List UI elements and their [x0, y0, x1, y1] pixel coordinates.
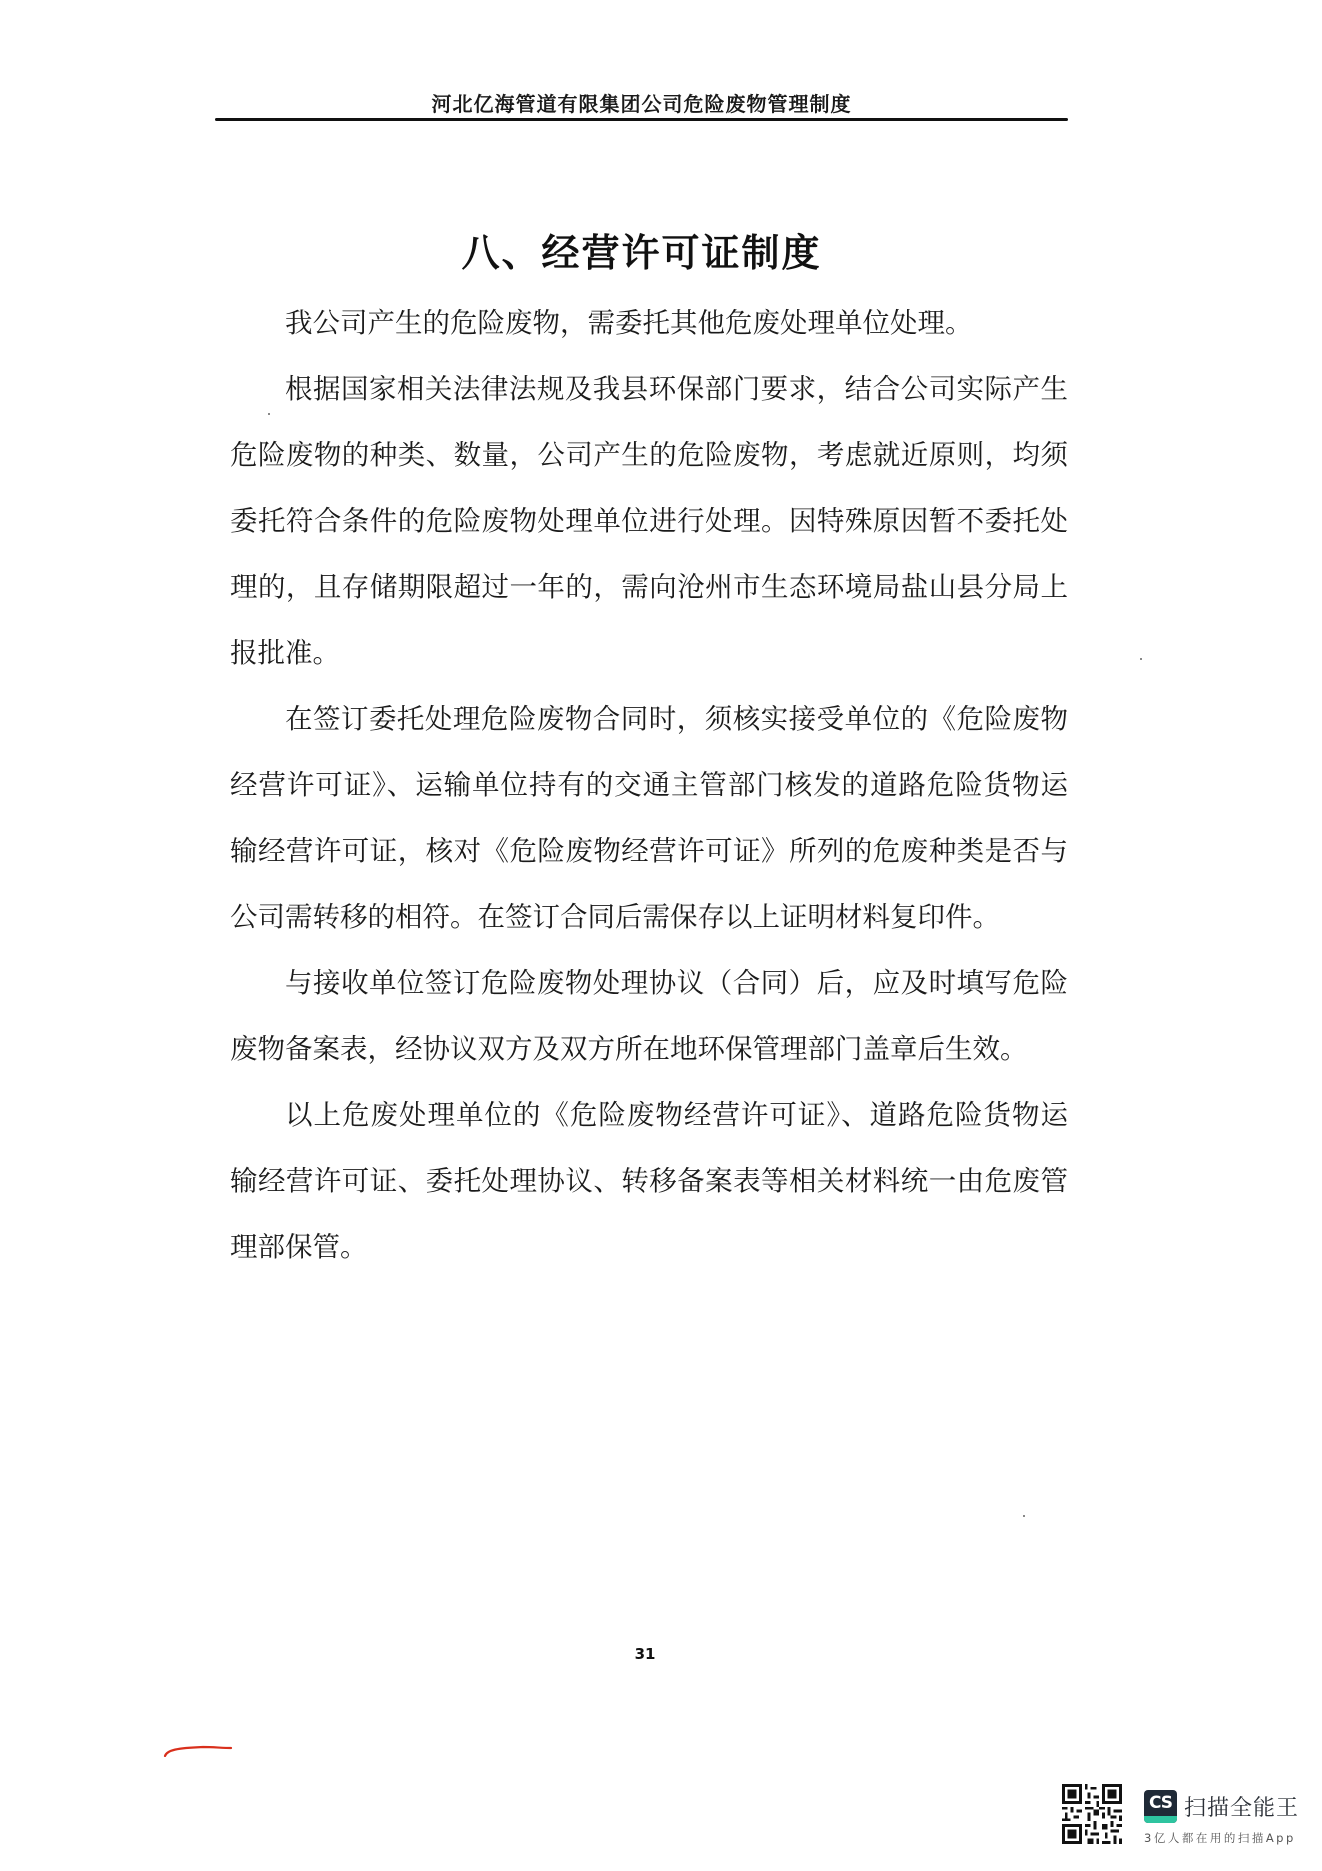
section-title: 八、经营许可证制度: [215, 222, 1068, 277]
scanner-app-tagline: 3亿人都在用的扫描App: [1144, 1830, 1296, 1846]
paragraph: 与接收单位签订危险废物处理协议（合同）后，应及时填写危险废物备案表，经协议双方及…: [230, 950, 1068, 1082]
paragraph: 根据国家相关法律法规及我县环保部门要求，结合公司实际产生危险废物的种类、数量，公…: [230, 356, 1068, 686]
running-header-title: 河北亿海管道有限集团公司危险废物管理制度: [215, 88, 1068, 117]
page-number: 31: [620, 1645, 670, 1663]
header-divider: [215, 118, 1068, 121]
logo-band: [1144, 1816, 1177, 1823]
scanner-app-name: 扫描全能王: [1184, 1791, 1299, 1822]
red-pen-mark: [163, 1745, 233, 1757]
paragraph: 以上危废处理单位的《危险废物经营许可证》、道路危险货物运输经营许可证、委托处理协…: [230, 1082, 1068, 1280]
document-body: 我公司产生的危险废物，需委托其他危废处理单位处理。 根据国家相关法律法规及我县环…: [230, 290, 1068, 1280]
scanner-watermark: CS 扫描全能王 3亿人都在用的扫描App: [1062, 1782, 1322, 1852]
logo-text: CS: [1144, 1793, 1177, 1813]
scan-speck: [1140, 658, 1142, 660]
qr-code-icon: [1062, 1784, 1122, 1844]
scan-speck: [1023, 1515, 1025, 1517]
paragraph: 我公司产生的危险废物，需委托其他危废处理单位处理。: [230, 290, 1068, 356]
paragraph: 在签订委托处理危险废物合同时，须核实接受单位的《危险废物经营许可证》、运输单位持…: [230, 686, 1068, 950]
scan-speck: [268, 413, 270, 415]
camscanner-logo-icon: CS: [1144, 1790, 1177, 1823]
